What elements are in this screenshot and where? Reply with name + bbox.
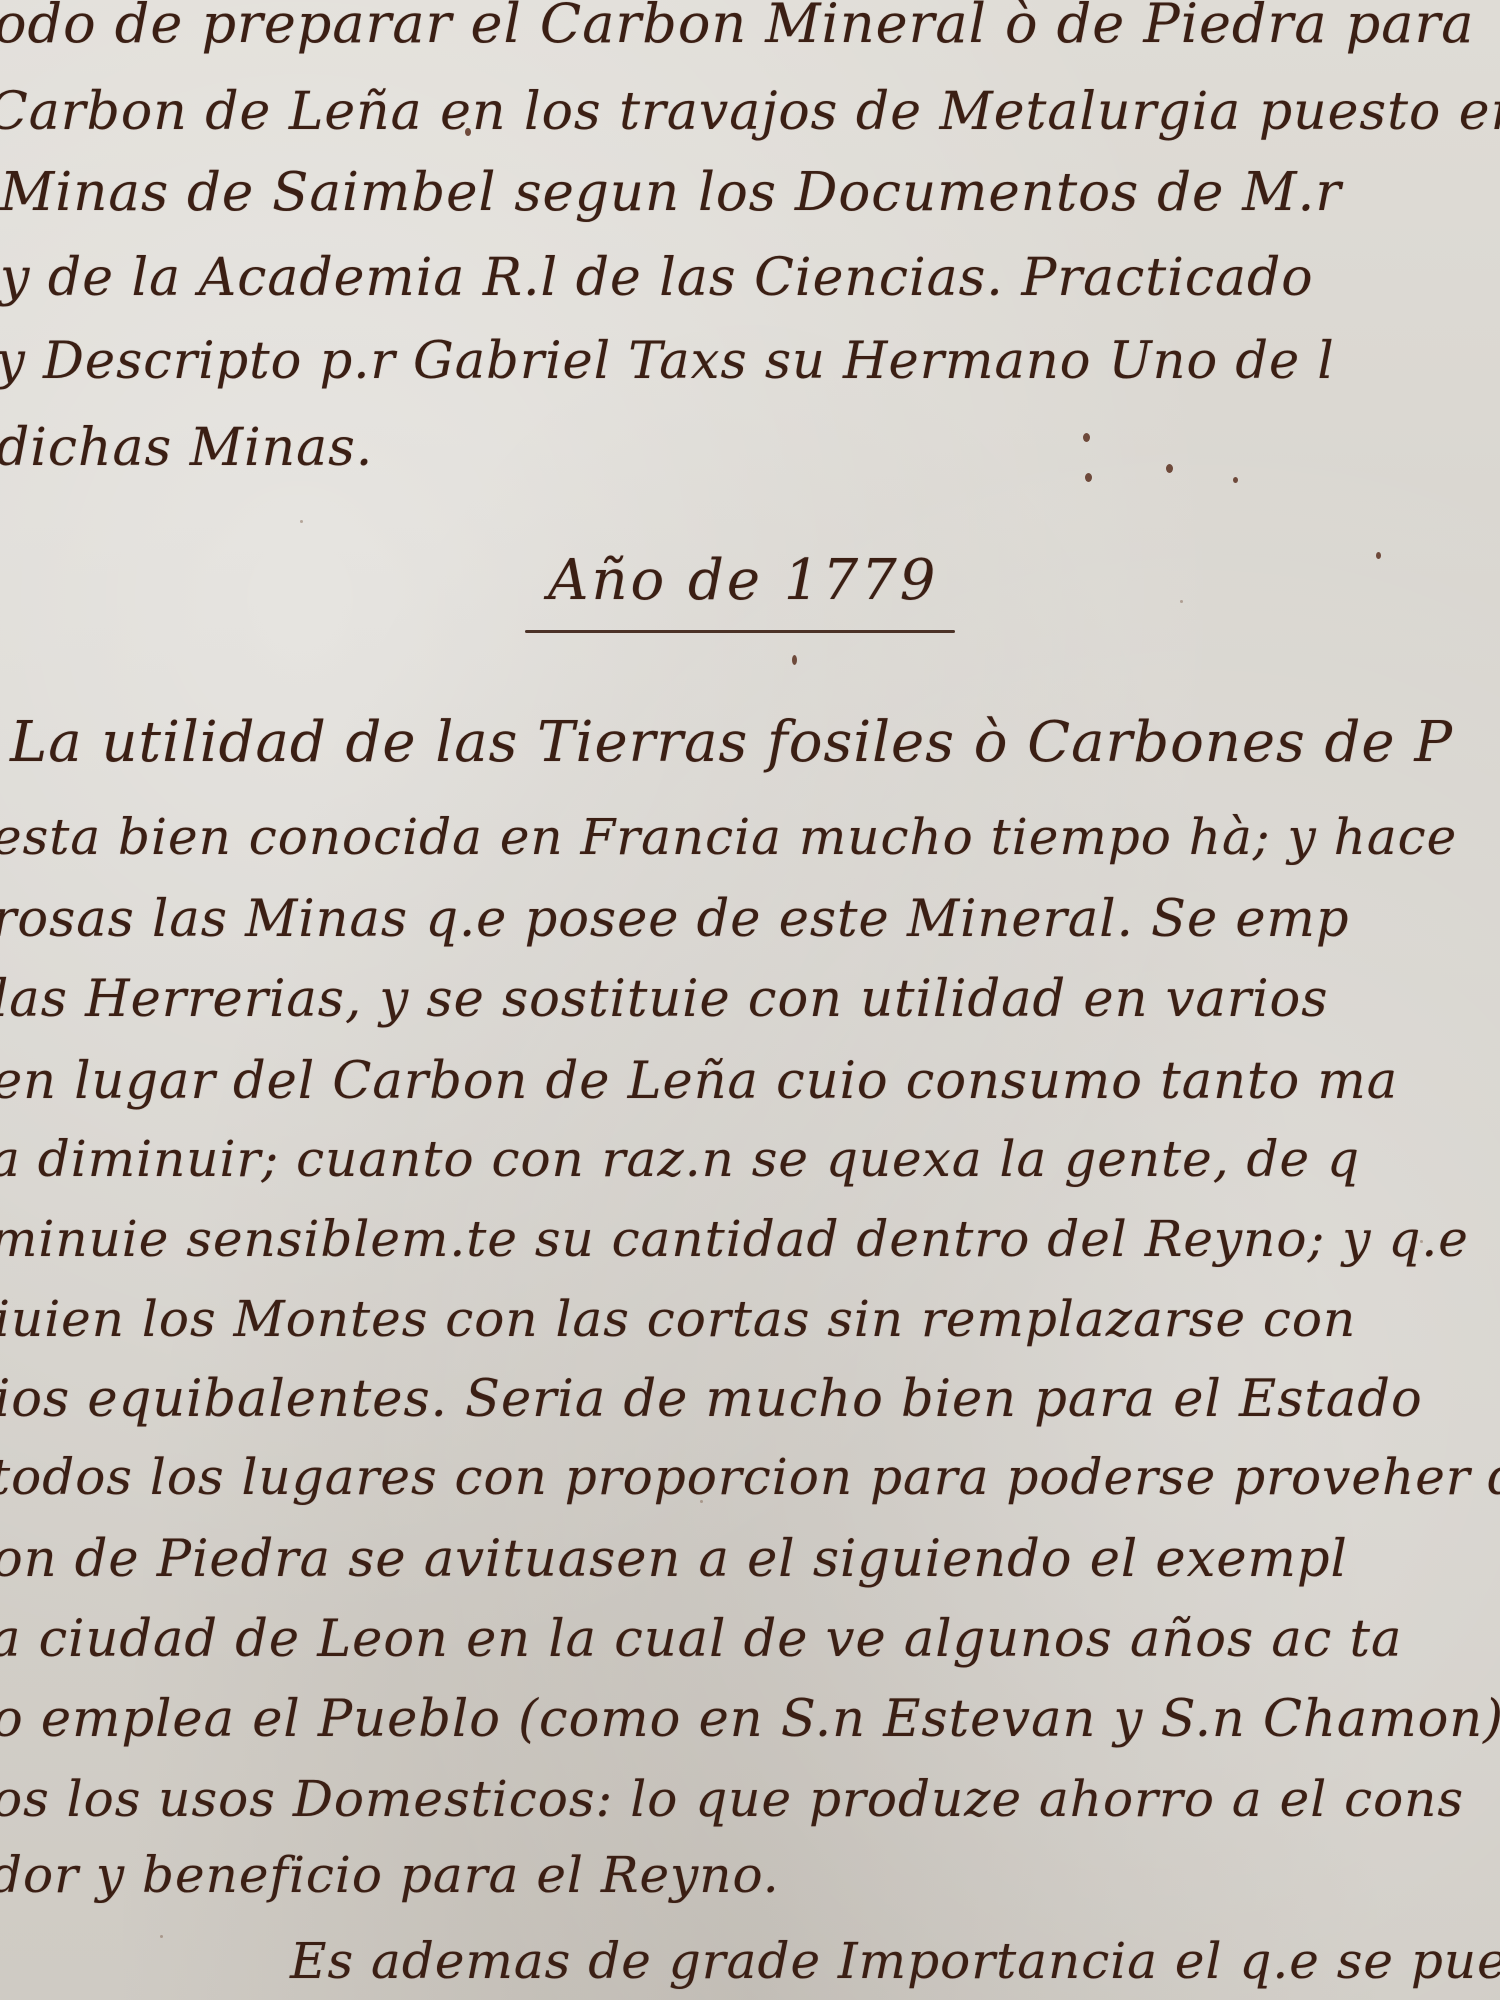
paper-speck (700, 1500, 703, 1503)
body-line-3: rosas las Minas q.e posee de este Minera… (0, 890, 1350, 949)
body-line-2: esta bien conocida en Francia mucho tiem… (0, 808, 1457, 866)
ink-spot (1376, 552, 1381, 559)
paper-speck (160, 1935, 163, 1938)
body-line-5: en lugar del Carbon de Leña cuio consumo… (0, 1052, 1398, 1111)
document-title: Año de 1779 (538, 548, 958, 613)
body-line-10: todos los lugares con proporcion para po… (0, 1448, 1500, 1506)
ink-spot (465, 128, 471, 136)
body-line-11: on de Piedra se avituasen a el siguiendo… (0, 1530, 1348, 1589)
ink-spot (1166, 464, 1173, 473)
body-line-6: a diminuir; cuanto con raz.n se quexa la… (0, 1130, 1360, 1188)
ink-spot (1083, 433, 1090, 442)
body-line-14: os los usos Domesticos: lo que produze a… (0, 1770, 1464, 1828)
body-line-4: las Herrerias, y se sostituie con utilid… (0, 970, 1328, 1029)
paper-speck (1420, 1240, 1423, 1243)
header-line-4: y de la Academia R.l de las Ciencias. Pr… (0, 248, 1314, 308)
body-line-13: o emplea el Pueblo (como en S.n Estevan … (0, 1690, 1500, 1749)
ink-spot (1233, 477, 1238, 483)
header-line-2: Carbon de Leña en los travajos de Metalu… (0, 82, 1500, 142)
body-line-15: dor y beneficio para el Reyno. (0, 1846, 780, 1904)
body-line-1: La utilidad de las Tierras fosiles ò Car… (10, 710, 1453, 775)
header-line-3: Minas de Saimbel segun los Documentos de… (0, 162, 1342, 223)
header-line-5: y Descripto p.r Gabriel Taxs su Hermano … (0, 332, 1335, 391)
ink-spot (1085, 473, 1092, 482)
paper-speck (300, 520, 303, 523)
title-underline (525, 630, 955, 633)
ink-spot (792, 655, 797, 665)
paper-speck (1180, 600, 1183, 603)
header-line-1: odo de preparar el Carbon Mineral ò de P… (0, 0, 1474, 55)
body-line-9: ios equibalentes. Seria de mucho bien pa… (0, 1370, 1423, 1429)
body-line-16: Es ademas de grade Importancia el q.e se… (290, 1932, 1500, 1990)
body-line-12: a ciudad de Leon en la cual de ve alguno… (0, 1610, 1402, 1669)
title-block: Año de 1779 (538, 548, 958, 613)
manuscript-page: odo de preparar el Carbon Mineral ò de P… (0, 0, 1500, 2000)
body-line-7: minuie sensiblem.te su cantidad dentro d… (0, 1210, 1469, 1268)
header-line-6: dichas Minas. (0, 418, 373, 478)
body-line-8: iuien los Montes con las cortas sin remp… (0, 1290, 1356, 1348)
